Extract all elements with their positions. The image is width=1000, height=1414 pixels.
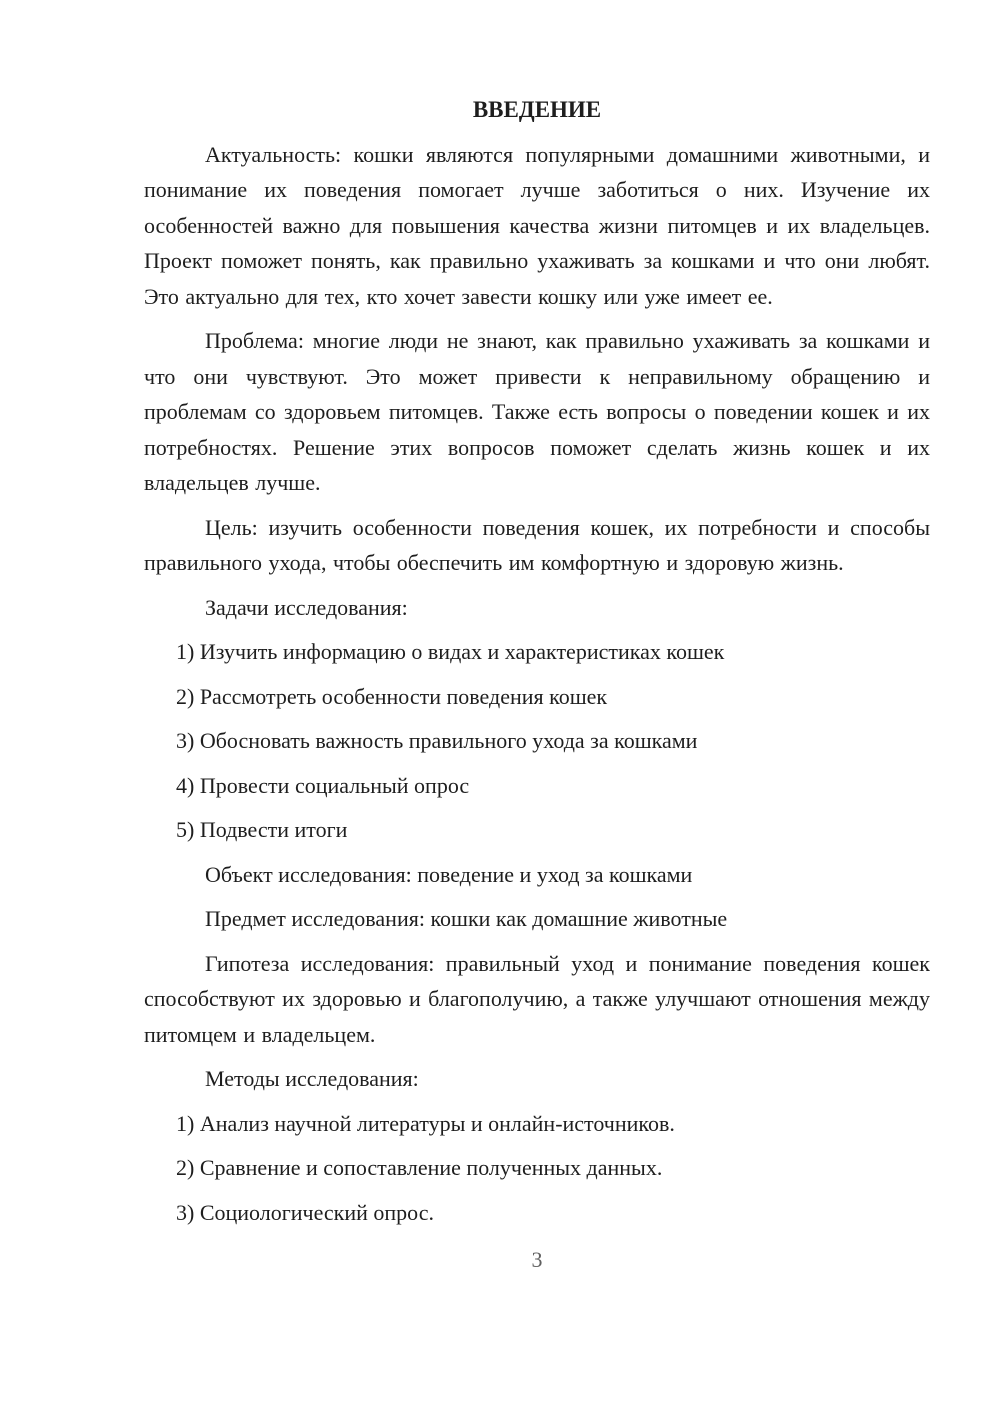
paragraph-problem: Проблема: многие люди не знают, как прав…	[144, 323, 930, 501]
page-title: ВВЕДЕНИЕ	[144, 92, 930, 128]
document-page: ВВЕДЕНИЕ Актуальность: кошки являются по…	[0, 0, 1000, 1414]
method-item-1: 1) Анализ научной литературы и онлайн-ис…	[144, 1106, 930, 1142]
paragraph-goal: Цель: изучить особенности поведения коше…	[144, 510, 930, 581]
methods-heading: Методы исследования:	[144, 1061, 930, 1097]
paragraph-hypothesis: Гипотеза исследования: правильный уход и…	[144, 946, 930, 1053]
paragraph-relevance: Актуальность: кошки являются популярными…	[144, 137, 930, 315]
task-item-1: 1) Изучить информацию о видах и характер…	[144, 634, 930, 670]
page-number: 3	[144, 1242, 930, 1278]
method-item-2: 2) Сравнение и сопоставление полученных …	[144, 1150, 930, 1186]
research-object-line: Объект исследования: поведение и уход за…	[144, 857, 930, 893]
task-item-4: 4) Провести социальный опрос	[144, 768, 930, 804]
task-item-2: 2) Рассмотреть особенности поведения кош…	[144, 679, 930, 715]
method-item-3: 3) Социологический опрос.	[144, 1195, 930, 1231]
task-item-5: 5) Подвести итоги	[144, 812, 930, 848]
research-subject-line: Предмет исследования: кошки как домашние…	[144, 901, 930, 937]
tasks-heading: Задачи исследования:	[144, 590, 930, 626]
task-item-3: 3) Обосновать важность правильного ухода…	[144, 723, 930, 759]
